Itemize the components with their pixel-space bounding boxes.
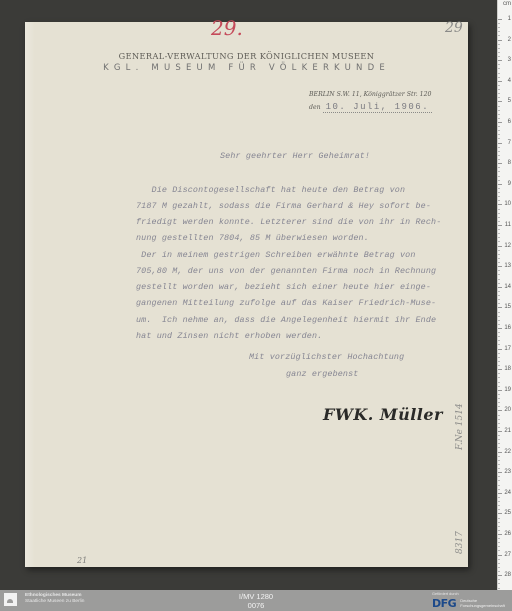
- ruler-minor-tick: [498, 35, 500, 36]
- ruler-minor-tick: [498, 526, 500, 527]
- body-line: um. Ich nehme an, dass die Angelegenheit…: [136, 315, 436, 325]
- ruler-label: 13: [504, 263, 511, 269]
- ruler-minor-tick: [498, 151, 500, 152]
- ruler-label: 1: [508, 16, 511, 22]
- ruler-minor-tick: [498, 419, 500, 420]
- sender-address: BERLIN S.W. 11, Königgrätzer Str. 120: [309, 91, 431, 98]
- ruler-tick: [498, 328, 502, 329]
- ruler-minor-tick: [498, 258, 500, 259]
- ruler-label: 2: [508, 37, 511, 43]
- ruler-minor-tick: [498, 377, 500, 378]
- ruler-minor-tick: [498, 130, 500, 131]
- ruler-tick: [498, 19, 502, 20]
- body-line: nung gestellten 7804, 85 M überwiesen wo…: [136, 233, 369, 243]
- ruler-label: 9: [508, 181, 511, 187]
- ruler-minor-tick: [498, 93, 500, 94]
- ruler-label: 8: [508, 160, 511, 166]
- ruler-minor-tick: [498, 73, 500, 74]
- ruler-minor-tick: [498, 217, 500, 218]
- ruler-minor-tick: [498, 147, 500, 148]
- ruler-minor-tick: [498, 48, 500, 49]
- ruler-minor-tick: [498, 134, 500, 135]
- dfg-logo-icon: DFG: [432, 597, 456, 610]
- ruler-label: 12: [504, 243, 511, 249]
- ruler-minor-tick: [498, 344, 500, 345]
- ruler-minor-tick: [498, 118, 500, 119]
- body-line: Der in meinem gestrigen Schreiben erwähn…: [136, 250, 416, 260]
- ruler-minor-tick: [498, 106, 500, 107]
- ruler-minor-tick: [498, 159, 500, 160]
- margin-note-upper: F.Ne 1514: [455, 403, 465, 450]
- ruler-minor-tick: [498, 402, 500, 403]
- ruler-minor-tick: [498, 180, 500, 181]
- margin-note-lower: 8317: [455, 531, 465, 554]
- letterhead-line1: GENERAL-VERWALTUNG DER KÖNIGLICHEN MUSEE…: [25, 51, 468, 61]
- body-line: gestellt worden war, bezieht sich einer …: [136, 282, 431, 292]
- ruler-minor-tick: [498, 196, 500, 197]
- ruler-minor-tick: [498, 250, 500, 251]
- ruler-minor-tick: [498, 505, 500, 506]
- ruler-minor-tick: [498, 336, 500, 337]
- ruler-minor-tick: [498, 167, 500, 168]
- ruler-label: 3: [508, 57, 511, 63]
- ruler-minor-tick: [498, 447, 500, 448]
- ruler-minor-tick: [498, 299, 500, 300]
- ruler-label: 24: [504, 490, 511, 496]
- ruler-tick: [498, 349, 502, 350]
- ruler-minor-tick: [498, 353, 500, 354]
- ruler-minor-tick: [498, 386, 500, 387]
- ruler-minor-tick: [498, 221, 500, 222]
- letterhead-line2: KGL. MUSEUM FÜR VÖLKERKUNDE: [25, 63, 468, 73]
- body-line: gangenen Mitteilung zufolge auf das Kais…: [136, 298, 436, 308]
- ruler-minor-tick: [498, 563, 500, 564]
- ruler-minor-tick: [498, 427, 500, 428]
- ruler-minor-tick: [498, 588, 500, 589]
- ruler-minor-tick: [498, 324, 500, 325]
- ruler-tick: [498, 555, 502, 556]
- ruler-minor-tick: [498, 312, 500, 313]
- ruler-minor-tick: [498, 89, 500, 90]
- ruler-tick: [498, 390, 502, 391]
- ruler-minor-tick: [498, 398, 500, 399]
- ruler-label: 4: [508, 78, 511, 84]
- ruler-tick: [498, 266, 502, 267]
- ruler-minor-tick: [498, 64, 500, 65]
- ruler-tick: [498, 204, 502, 205]
- dfg-funded-by: Gefördert durch: [432, 592, 505, 596]
- letter-page: 29. 29 GENERAL-VERWALTUNG DER KÖNIGLICHE…: [25, 22, 468, 567]
- ruler-minor-tick: [498, 192, 500, 193]
- ruler-minor-tick: [498, 77, 500, 78]
- ruler-minor-tick: [498, 476, 500, 477]
- ruler-minor-tick: [498, 114, 500, 115]
- ruler-minor-tick: [498, 522, 500, 523]
- ruler-minor-tick: [498, 538, 500, 539]
- closing-line-2: ganz ergebenst: [286, 369, 358, 379]
- ruler-minor-tick: [498, 567, 500, 568]
- ruler-minor-tick: [498, 497, 500, 498]
- ruler-minor-tick: [498, 357, 500, 358]
- ruler-minor-tick: [498, 340, 500, 341]
- ruler-minor-tick: [498, 31, 500, 32]
- handwritten-signature: FWK. Müller: [323, 405, 443, 424]
- ruler-minor-tick: [498, 254, 500, 255]
- ruler-minor-tick: [498, 303, 500, 304]
- ruler-tick: [498, 493, 502, 494]
- ruler-minor-tick: [498, 439, 500, 440]
- ruler-tick: [498, 101, 502, 102]
- ruler-minor-tick: [498, 423, 500, 424]
- ruler-minor-tick: [498, 406, 500, 407]
- dfg-block: Gefördert durch DFG Deutsche Forschungsg…: [432, 592, 505, 610]
- ruler-minor-tick: [498, 188, 500, 189]
- ruler-minor-tick: [498, 291, 500, 292]
- footer-bar: Ethnologisches Museum Staatliche Museen …: [0, 590, 512, 611]
- ruler-minor-tick: [498, 56, 500, 57]
- ruler-tick: [498, 410, 502, 411]
- ruler-label: 28: [504, 572, 511, 578]
- body-line: friedigt werden konnte. Letzterer sind d…: [136, 217, 441, 227]
- ruler-minor-tick: [498, 509, 500, 510]
- ruler-tick: [498, 307, 502, 308]
- ruler-minor-tick: [498, 171, 500, 172]
- ruler-label: 18: [504, 366, 511, 372]
- ruler-minor-tick: [498, 200, 500, 201]
- ruler-minor-tick: [498, 229, 500, 230]
- date-value: 10. Juli, 1906.: [323, 102, 433, 113]
- ruler-minor-tick: [498, 542, 500, 543]
- body-line: 705,80 M, der uns von der genannten Firm…: [136, 266, 436, 276]
- ruler-minor-tick: [498, 85, 500, 86]
- body-line: hat und Zinsen nicht erhoben werden.: [136, 331, 322, 341]
- ruler-minor-tick: [498, 583, 500, 584]
- ruler-label: 22: [504, 449, 511, 455]
- ruler-minor-tick: [498, 382, 500, 383]
- ruler-label: 19: [504, 387, 511, 393]
- ruler-minor-tick: [498, 241, 500, 242]
- ruler-minor-tick: [498, 283, 500, 284]
- ruler-minor-tick: [498, 435, 500, 436]
- ruler-label: 5: [508, 98, 511, 104]
- closing-line: Mit vorzüglichster Hochachtung: [249, 352, 404, 362]
- ruler-minor-tick: [498, 415, 500, 416]
- ruler-label: 7: [508, 140, 511, 146]
- ruler-minor-tick: [498, 456, 500, 457]
- ruler-label: 15: [504, 304, 511, 310]
- ruler-minor-tick: [498, 237, 500, 238]
- ruler-minor-tick: [498, 97, 500, 98]
- folio-number-red: 29.: [211, 16, 243, 40]
- cm-ruler: cm 1234567891011121314151617181920212223…: [497, 0, 512, 590]
- ruler-minor-tick: [498, 138, 500, 139]
- dfg-text-line2: Forschungsgemeinschaft: [460, 604, 505, 609]
- ruler-minor-tick: [498, 571, 500, 572]
- ruler-minor-tick: [498, 332, 500, 333]
- ruler-minor-tick: [498, 480, 500, 481]
- date-line: den 10. Juli, 1906.: [309, 102, 432, 112]
- ruler-label: 16: [504, 325, 511, 331]
- ruler-label: 25: [504, 510, 511, 516]
- ruler-minor-tick: [498, 460, 500, 461]
- ruler-label: 10: [504, 201, 511, 207]
- ruler-minor-tick: [498, 209, 500, 210]
- ruler-minor-tick: [498, 579, 500, 580]
- ruler-tick: [498, 431, 502, 432]
- ruler-minor-tick: [498, 559, 500, 560]
- ruler-minor-tick: [498, 489, 500, 490]
- ruler-minor-tick: [498, 365, 500, 366]
- ruler-tick: [498, 184, 502, 185]
- ruler-minor-tick: [498, 270, 500, 271]
- ruler-label: 6: [508, 119, 511, 125]
- ruler-tick: [498, 452, 502, 453]
- ruler-minor-tick: [498, 394, 500, 395]
- body-line: 7187 M gezahlt, sodass die Firma Gerhard…: [136, 201, 431, 211]
- corner-pencil-note: 21: [77, 556, 87, 565]
- ruler-label: 20: [504, 407, 511, 413]
- ruler-minor-tick: [498, 518, 500, 519]
- ruler-minor-tick: [498, 52, 500, 53]
- ruler-minor-tick: [498, 262, 500, 263]
- ruler-minor-tick: [498, 485, 500, 486]
- ruler-minor-tick: [498, 155, 500, 156]
- ruler-label: 17: [504, 346, 511, 352]
- ruler-minor-tick: [498, 68, 500, 69]
- ruler-minor-tick: [498, 316, 500, 317]
- ruler-minor-tick: [498, 320, 500, 321]
- ruler-unit: cm: [503, 1, 511, 7]
- ruler-label: 23: [504, 469, 511, 475]
- ruler-tick: [498, 225, 502, 226]
- folio-number-pencil: 29: [445, 20, 463, 36]
- ruler-label: 27: [504, 552, 511, 558]
- scan-background: 29. 29 GENERAL-VERWALTUNG DER KÖNIGLICHE…: [0, 0, 500, 590]
- ruler-tick: [498, 513, 502, 514]
- ruler-tick: [498, 246, 502, 247]
- ruler-minor-tick: [498, 464, 500, 465]
- ruler-tick: [498, 122, 502, 123]
- ruler-tick: [498, 40, 502, 41]
- ruler-label: 14: [504, 284, 511, 290]
- ruler-minor-tick: [498, 546, 500, 547]
- ruler-minor-tick: [498, 295, 500, 296]
- ruler-tick: [498, 287, 502, 288]
- body-line: Die Discontogesellschaft hat heute den B…: [136, 185, 405, 195]
- ruler-minor-tick: [498, 468, 500, 469]
- ruler-minor-tick: [498, 176, 500, 177]
- ruler-tick: [498, 143, 502, 144]
- ruler-label: 21: [504, 428, 511, 434]
- ruler-tick: [498, 60, 502, 61]
- ruler-tick: [498, 369, 502, 370]
- ruler-minor-tick: [498, 501, 500, 502]
- ruler-minor-tick: [498, 361, 500, 362]
- ruler-minor-tick: [498, 126, 500, 127]
- ruler-minor-tick: [498, 27, 500, 28]
- ruler-tick: [498, 534, 502, 535]
- ruler-minor-tick: [498, 213, 500, 214]
- ruler-label: 26: [504, 531, 511, 537]
- ruler-minor-tick: [498, 373, 500, 374]
- ruler-minor-tick: [498, 279, 500, 280]
- ruler-tick: [498, 81, 502, 82]
- ruler-tick: [498, 575, 502, 576]
- ruler-label: 11: [505, 222, 511, 228]
- ruler-tick: [498, 163, 502, 164]
- ruler-minor-tick: [498, 110, 500, 111]
- ruler-minor-tick: [498, 274, 500, 275]
- ruler-minor-tick: [498, 44, 500, 45]
- ruler-minor-tick: [498, 530, 500, 531]
- date-prefix: den: [309, 104, 321, 111]
- ruler-minor-tick: [498, 233, 500, 234]
- ruler-minor-tick: [498, 550, 500, 551]
- ruler-tick: [498, 472, 502, 473]
- ruler-minor-tick: [498, 23, 500, 24]
- salutation: Sehr geehrter Herr Geheimrat!: [220, 151, 370, 161]
- ruler-minor-tick: [498, 443, 500, 444]
